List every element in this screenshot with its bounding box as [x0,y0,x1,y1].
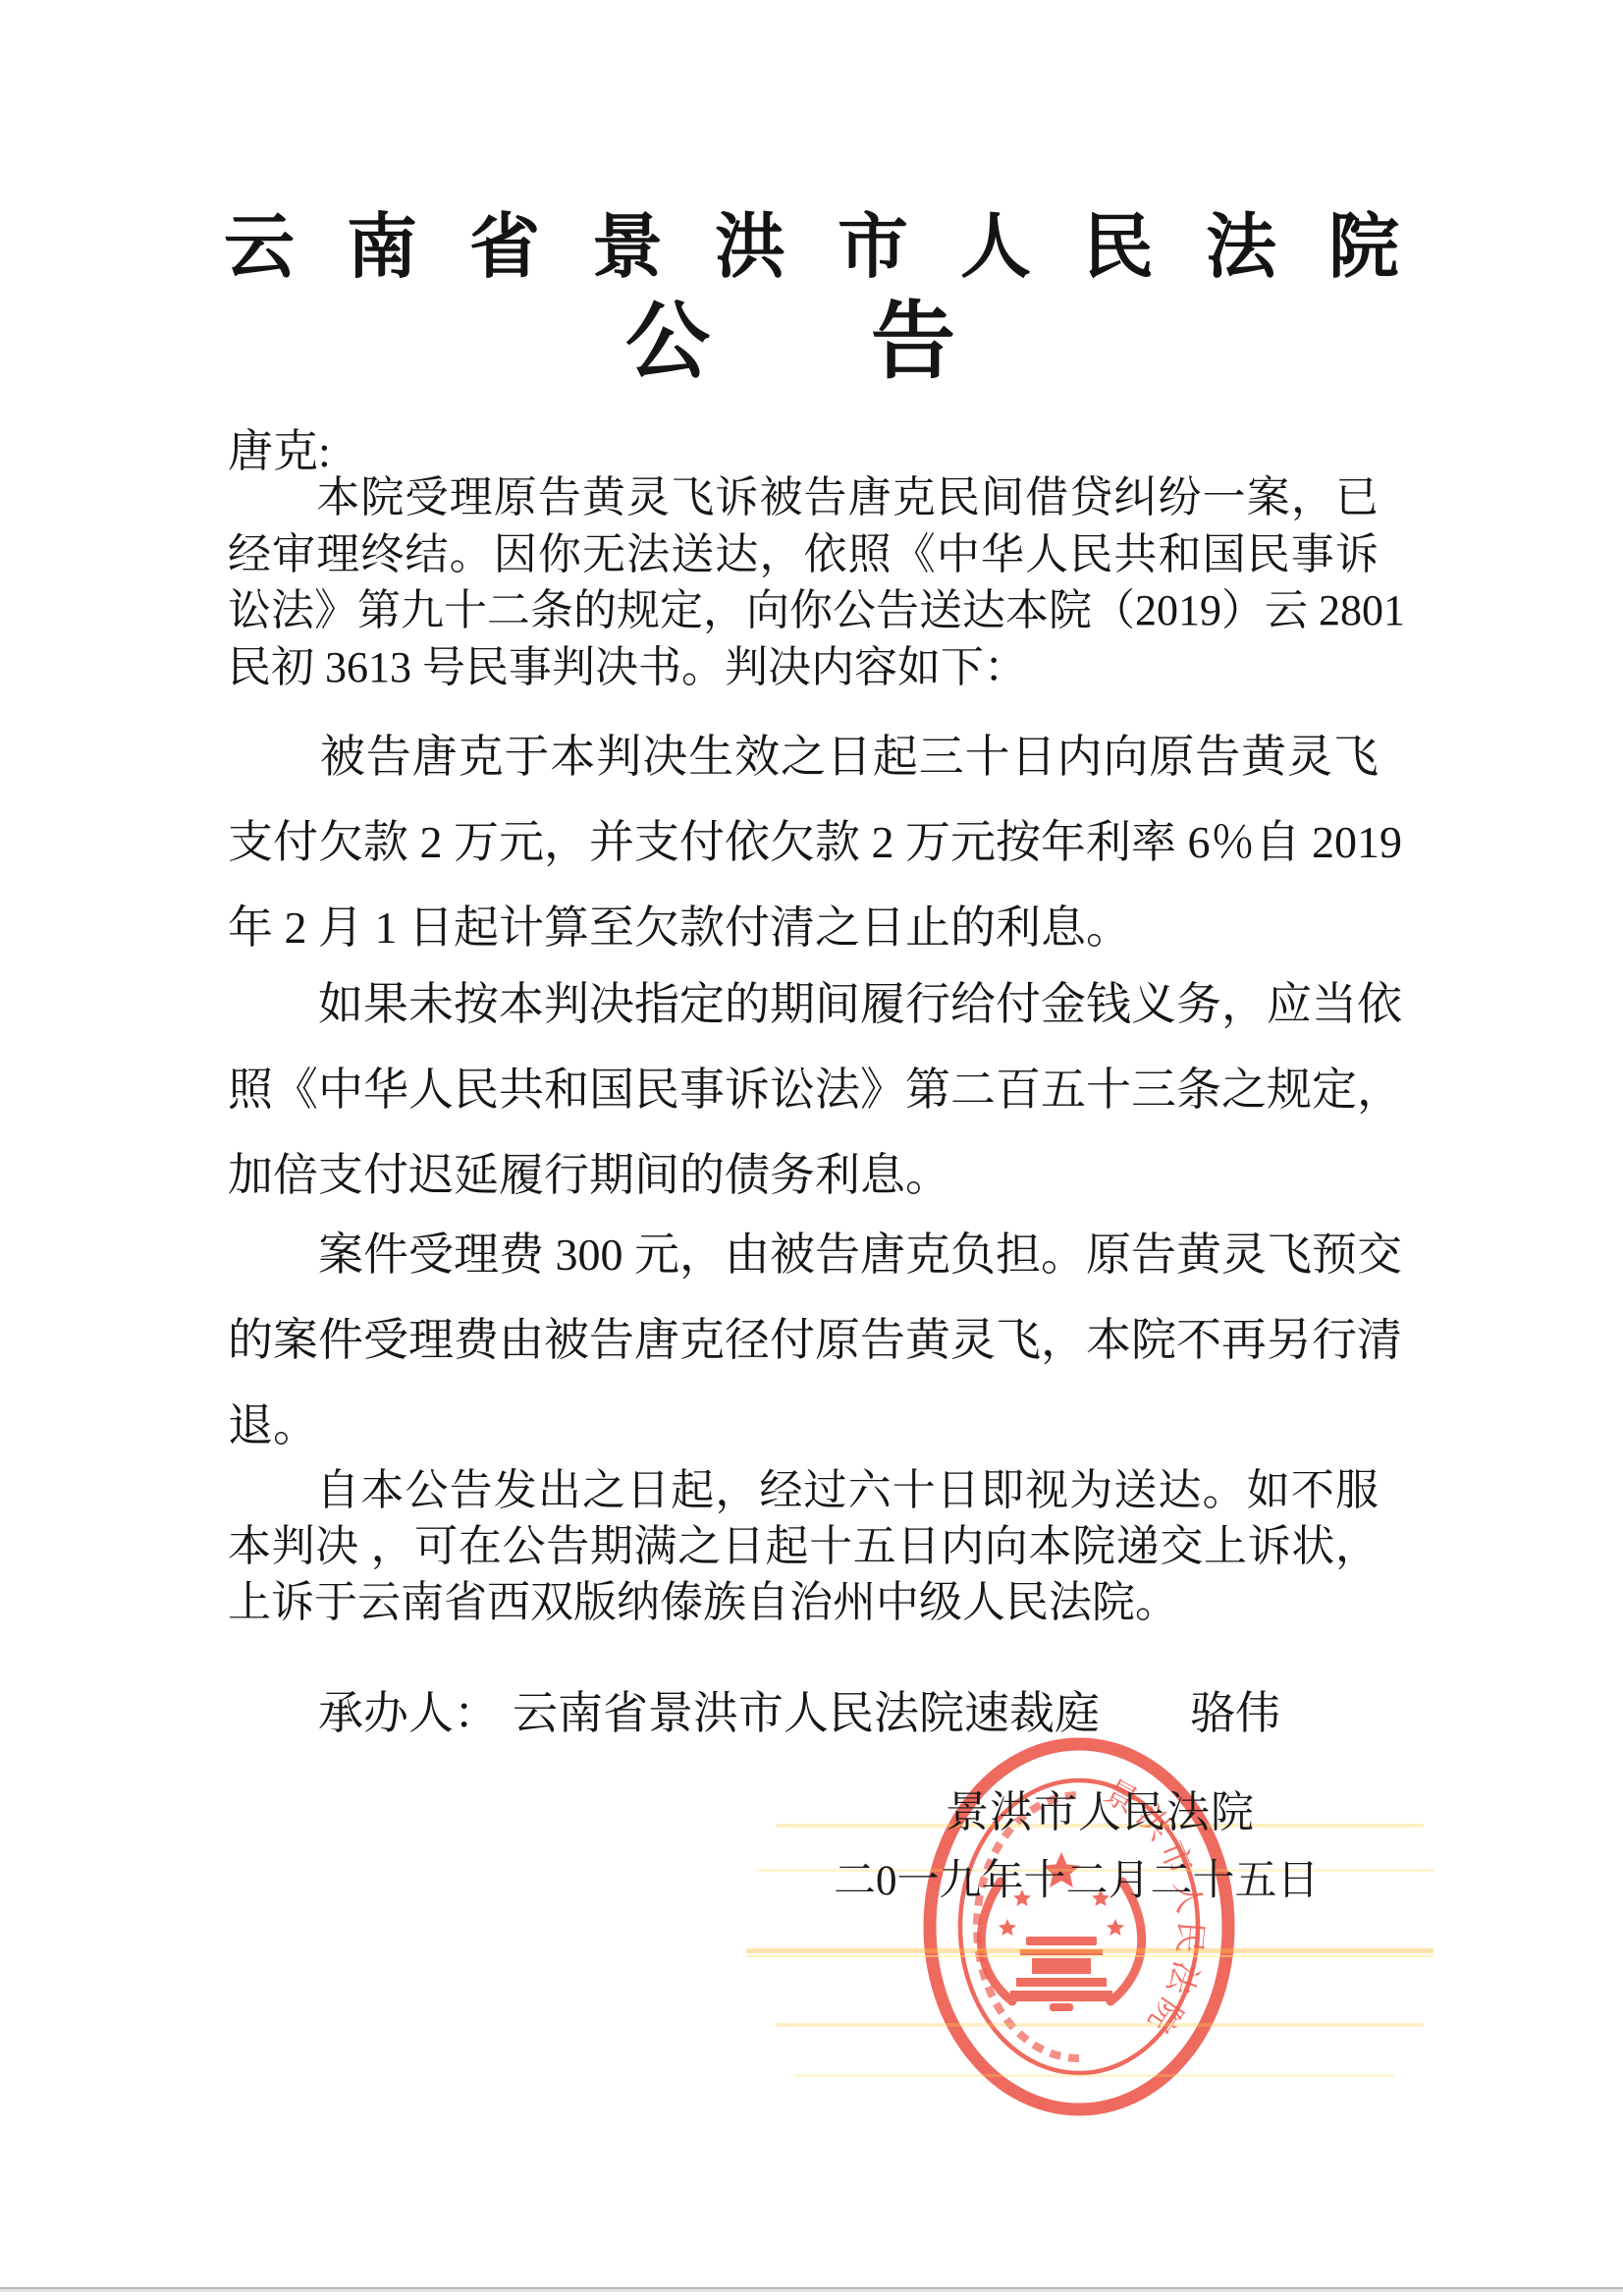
undertaker-line: 承办人：云南省景洪市人民法院速裁庭骆伟 [228,1685,1469,1742]
text-line: 自本公告发出之日起，经过六十日即视为送达。如不服 [228,1462,1379,1518]
text-line: 如果未按本判决指定的期间履行给付金钱义务，应当依 [228,961,1379,1047]
paragraph-appeal-notice: 自本公告发出之日起，经过六十日即视为送达。如不服本判决 ，可在公告期满之日起十五… [228,1462,1379,1630]
paragraph-late-performance: 如果未按本判决指定的期间履行给付金钱义务，应当依照《中华人民共和国民事诉讼法》第… [228,961,1379,1218]
text-line: 讼法》第九十二条的规定，向你公告送达本院（2019）云 2801 [228,582,1379,639]
text-line: 退。 [228,1383,1379,1468]
text-line: 民初 3613 号民事判决书。判决内容如下： [228,639,1379,696]
text-line: 本判决 ，可在公告期满之日起十五日内向本院递交上诉状， [228,1518,1379,1574]
announcement-heading: 公告 [625,291,1116,393]
paragraph-case-intro: 本院受理原告黄灵飞诉被告唐克民间借贷纠纷一案，已经审理终结。因你无法送达，依照《… [228,469,1379,695]
text-line: 本院受理原告黄灵飞诉被告唐克民间借贷纠纷一案，已 [228,469,1379,526]
undertaker-label: 承办人： [318,1688,499,1738]
text-line: 年 2 月 1 日起计算至欠款付清之日止的利息。 [228,885,1379,970]
text-line: 案件受理费 300 元，由被告唐克负担。原告黄灵飞预交 [228,1212,1379,1297]
court-announcement-page: 云南省景洪市人民法院 公告 唐克: 本院受理原告黄灵飞诉被告唐克民间借贷纠纷一案… [0,0,1623,2296]
signature-date: 二0一九年十二月二十五日 [834,1856,1320,1907]
paragraph-court-fee: 案件受理费 300 元，由被告唐克负担。原告黄灵飞预交的案件受理费由被告唐克径付… [228,1212,1379,1468]
undertaker-court: 云南省景洪市人民法院速裁庭 [513,1688,1100,1738]
signature-court-name: 景洪市人民法院 [946,1787,1255,1838]
text-line: 被告唐克于本判决生效之日起三十日内向原告黄灵飞 [228,714,1379,799]
text-line: 加倍支付迟延履行期间的债务利息。 [228,1132,1379,1218]
undertaker-judge: 骆伟 [1190,1688,1280,1738]
court-title: 云南省景洪市人民法院 [224,202,1451,293]
text-line: 照《中华人民共和国民事诉讼法》第二百五十三条之规定， [228,1047,1379,1132]
text-line: 上诉于云南省西双版纳傣族自治州中级人民法院。 [228,1574,1379,1630]
paragraph-judgment-payment: 被告唐克于本判决生效之日起三十日内向原告黄灵飞支付欠款 2 万元，并支付依欠款 … [228,714,1379,970]
text-line: 经审理终结。因你无法送达，依照《中华人民共和国民事诉 [228,526,1379,583]
scan-bottom-edge-light [0,2289,1623,2292]
text-line: 的案件受理费由被告唐克径付原告黄灵飞，本院不再另行清 [228,1297,1379,1383]
text-line: 支付欠款 2 万元，并支付依欠款 2 万元按年利率 6％自 2019 [228,799,1379,885]
